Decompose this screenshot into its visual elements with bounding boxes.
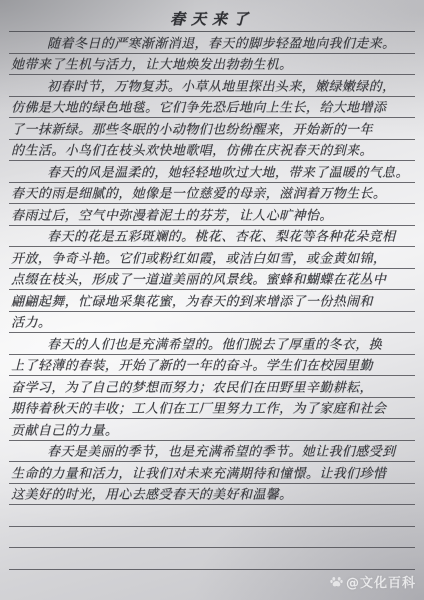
handwritten-text: 活力。 [11,317,51,330]
text-line: 春天的花是五彩斑斓的。桃花、杏花、梨花等各种花朵竞相 [9,226,415,248]
essay-title: 春天来了 [170,8,254,29]
handwritten-text: 随着冬日的严寒渐渐消退，春天的脚步轻盈地向我们走来。 [47,37,395,50]
handwritten-text: 翩翩起舞，忙碌地采集花蜜，为春天的到来增添了一份热闹和 [11,295,373,308]
handwritten-text: 初春时节，万物复苏。小草从地里探出头来，嫩绿嫩绿的， [47,80,395,93]
ruled-lines: 随着冬日的严寒渐渐消退，春天的脚步轻盈地向我们走来。她带来了生机与活力，让大地焕… [9,32,415,570]
handwritten-text: 她带来了生机与活力，让大地焕发出勃勃生机。 [11,59,292,72]
paw-icon [330,575,343,588]
handwritten-text: 贡献自己的力量。 [11,424,118,437]
text-line: 贡献自己的力量。 [9,419,415,441]
title-row: 春天来了 [9,0,415,32]
handwritten-text: 春天的雨是细腻的，她像是一位慈爱的母亲，滋润着万物生长。 [11,188,386,201]
handwritten-text: 春雨过后，空气中弥漫着泥土的芬芳，让人心旷神怡。 [11,209,333,222]
text-line: 活力。 [9,312,415,334]
handwritten-text: 春天是美丽的季节，也是充满希望的季节。她让我们感受到 [47,446,395,459]
text-line: 的生活。小鸟们在枝头欢快地歌唱，仿佛在庆祝春天的到来。 [9,140,415,162]
handwritten-text: 奋学习，为了自己的梦想而努力；农民们在田野里辛勤耕耘， [11,381,373,394]
text-line: 春雨过后，空气中弥漫着泥土的芬芳，让人心旷神怡。 [9,204,415,226]
text-line: 她带来了生机与活力，让大地焕发出勃勃生机。 [9,54,415,76]
handwritten-text: 开放，争奇斗艳。它们或粉红如霞，或洁白如雪，或金黄如锦， [11,252,386,265]
handwritten-text: 春天的花是五彩斑斓的。桃花、杏花、梨花等各种花朵竞相 [47,231,395,244]
notebook-page: 春天来了 随着冬日的严寒渐渐消退，春天的脚步轻盈地向我们走来。她带来了生机与活力… [9,0,415,570]
handwritten-text: 上了轻薄的春装，开始了新的一年的奋斗。学生们在校园里勤 [11,360,373,373]
text-line: 春天的雨是细腻的，她像是一位慈爱的母亲，滋润着万物生长。 [9,183,415,205]
text-line: 生命的力量和活力，让我们对未来充满期待和憧憬。让我们珍惜 [9,462,415,484]
handwritten-text: 春天的人们也是充满希望的。他们脱去了厚重的冬衣，换 [47,338,382,351]
handwritten-text: 了一抹新绿。那些冬眠的小动物们也纷纷醒来，开始新的一年 [11,123,373,136]
handwritten-text: 的生活。小鸟们在枝头欢快地歌唱，仿佛在庆祝春天的到来。 [11,145,373,158]
text-line: 点缀在枝头，形成了一道道美丽的风景线。蜜蜂和蝴蝶在花丛中 [9,269,415,291]
handwritten-text: 春天的风是温柔的，她轻轻地吹过大地，带来了温暖的气息。 [47,166,409,179]
handwritten-text: 点缀在枝头，形成了一道道美丽的风景线。蜜蜂和蝴蝶在花丛中 [11,274,386,287]
text-line: 开放，争奇斗艳。它们或粉红如霞，或洁白如雪，或金黄如锦， [9,247,415,269]
watermark-text: @文化百科 [346,572,416,591]
text-line: 翩翩起舞，忙碌地采集花蜜，为春天的到来增添了一份热闹和 [9,290,415,312]
ruled-line-empty [9,548,415,570]
handwritten-text: 这美好的时光，用心去感受春天的美好和温馨。 [11,489,292,502]
text-line: 随着冬日的严寒渐渐消退，春天的脚步轻盈地向我们走来。 [9,32,415,54]
handwritten-text: 生命的力量和活力，让我们对未来充满期待和憧憬。让我们珍惜 [11,467,386,480]
text-line: 了一抹新绿。那些冬眠的小动物们也纷纷醒来，开始新的一年 [9,118,415,140]
ruled-line-empty [9,505,415,527]
handwritten-text: 仿佛是大地的绿色地毯。它们争先恐后地向上生长，给大地增添 [11,102,386,115]
text-line: 上了轻薄的春装，开始了新的一年的奋斗。学生们在校园里勤 [9,355,415,377]
text-line: 奋学习，为了自己的梦想而努力；农民们在田野里辛勤耕耘， [9,376,415,398]
text-line: 春天的风是温柔的，她轻轻地吹过大地，带来了温暖的气息。 [9,161,415,183]
text-line: 这美好的时光，用心去感受春天的美好和温馨。 [9,484,415,506]
text-line: 春天的人们也是充满希望的。他们脱去了厚重的冬衣，换 [9,333,415,355]
text-line: 仿佛是大地的绿色地毯。它们争先恐后地向上生长，给大地增添 [9,97,415,119]
watermark: @文化百科 [330,572,416,591]
handwritten-text: 期待着秋天的丰收；工人们在工厂里努力工作，为了家庭和社会 [11,403,386,416]
text-line: 初春时节，万物复苏。小草从地里探出头来，嫩绿嫩绿的， [9,75,415,97]
ruled-line-empty [9,527,415,549]
text-line: 春天是美丽的季节，也是充满希望的季节。她让我们感受到 [9,441,415,463]
text-line: 期待着秋天的丰收；工人们在工厂里努力工作，为了家庭和社会 [9,398,415,420]
